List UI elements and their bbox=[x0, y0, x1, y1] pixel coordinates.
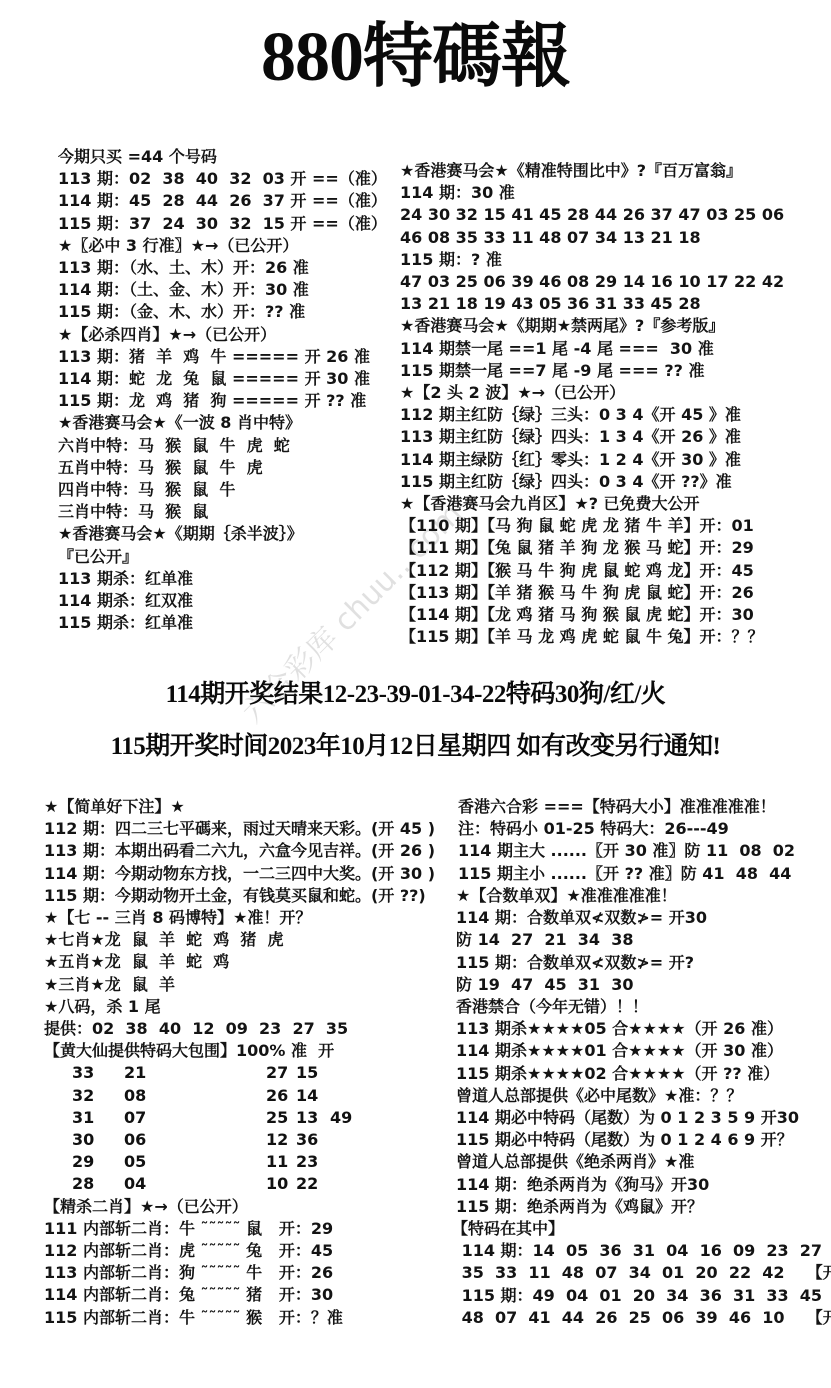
left-line: 114 期：蛇 龙 兔 鼠 ===== 开 30 准 bbox=[58, 368, 408, 390]
left-line: 五肖中特：马 猴 鼠 牛 虎 bbox=[58, 457, 408, 479]
page-title: 880特碼報 bbox=[0, 18, 831, 98]
right-line: 13 21 18 19 43 05 36 31 33 45 28 bbox=[400, 293, 830, 315]
right-bottom-line: 114 期：合数单双≮双数≯= 开30 bbox=[456, 907, 831, 929]
left-bottom-line: 113 期：本期出码看二六九，六盒今见吉祥。(开 26 ) bbox=[44, 840, 464, 862]
grid-cell: 32 bbox=[72, 1085, 124, 1107]
right-line: 114 期：30 准 bbox=[400, 182, 830, 204]
grid-cell: 28 bbox=[72, 1173, 124, 1195]
left-line: 六肖中特：马 猴 鼠 牛 虎 蛇 bbox=[58, 435, 408, 457]
right-line: ★香港赛马会★《期期★禁两尾》?『参考版』 bbox=[400, 315, 830, 337]
number-grid: 33 21 27 15 32 08 26 14 31 07 25 13 49 3… bbox=[44, 1062, 464, 1195]
right-line: 115 期：? 准 bbox=[400, 249, 830, 271]
right-line: ★【香港赛马会九肖区】★? 已免费大公开 bbox=[400, 493, 830, 515]
grid-cell: 14 bbox=[296, 1085, 330, 1107]
right-line: 115 期禁一尾 ==7 尾 -9 尾 === ?? 准 bbox=[400, 360, 830, 382]
left-bottom-line: 112 期：四二三七平碼来，雨过天晴来天彩。(开 45 ) bbox=[44, 818, 464, 840]
right-bottom-line: 113 期杀★★★★05 合★★★★（开 26 准） bbox=[456, 1018, 831, 1040]
left-line: ★香港赛马会★《一波 8 肖中特》 bbox=[58, 412, 408, 434]
grid-cell: 23 bbox=[296, 1151, 330, 1173]
left-bottom-line: ★七肖★龙 鼠 羊 蛇 鸡 猪 虎 bbox=[44, 929, 464, 951]
left-bottom-line: 114 期：今期动物东方找，一二三四中大奖。(开 30 ) bbox=[44, 863, 464, 885]
right-line: 【111 期】【兔 鼠 猪 羊 狗 龙 猴 马 蛇】开：29 bbox=[400, 537, 830, 559]
right-line: 113 期主红防｛绿｝四头：1 3 4《开 26 》准 bbox=[400, 426, 830, 448]
draw-result-headline: 114期开奖结果12-23-39-01-34-22特码30狗/红/火 bbox=[0, 678, 831, 712]
grid-row: 28 04 10 22 bbox=[72, 1173, 464, 1195]
left-bottom-line: 【黄大仙提供特码大包围】100% 准 开 bbox=[44, 1040, 464, 1062]
grid-cell: 07 bbox=[124, 1107, 266, 1129]
right-bottom-column-a: 香港六合彩 ===【特码大小】准准准准准！ 注：特码小 01-25 特码大：26… bbox=[458, 796, 831, 885]
left-line: 115 期：37 24 30 32 15 开 ==（准） bbox=[58, 213, 408, 235]
left-line: 今期只买 =44 个号码 bbox=[58, 146, 408, 168]
right-bottom-line: 防 14 27 21 34 38 bbox=[456, 929, 831, 951]
kill-line: 114 内部斩二肖：兔 ˜˜˜˜˜ 猪 开：30 bbox=[44, 1284, 464, 1306]
right-bottom-line: 115 期：49 04 01 20 34 36 31 33 45 28 bbox=[456, 1285, 831, 1307]
left-top-column: 今期只买 =44 个号码 113 期：02 38 40 32 03 开 ==（准… bbox=[58, 146, 408, 634]
grid-cell: 21 bbox=[124, 1062, 266, 1084]
grid-cell: 29 bbox=[72, 1151, 124, 1173]
grid-cell: 08 bbox=[124, 1085, 266, 1107]
right-bottom-column-b: ★【合数单双】★准准准准准！ 114 期：合数单双≮双数≯= 开30 防 14 … bbox=[456, 885, 831, 1329]
grid-cell: 10 bbox=[266, 1173, 296, 1195]
grid-cell: 25 bbox=[266, 1107, 296, 1129]
left-line: 115 期：（金、木、水）开：?? 准 bbox=[58, 301, 408, 323]
grid-cell: 12 bbox=[266, 1129, 296, 1151]
right-bottom-line: 115 期必中特码（尾数）为 0 1 2 4 6 9 开？ bbox=[456, 1129, 831, 1151]
right-line: 114 期主绿防｛红｝零头：1 2 4《开 30 》准 bbox=[400, 449, 830, 471]
grid-cell: 30 bbox=[72, 1129, 124, 1151]
grid-cell: 04 bbox=[124, 1173, 266, 1195]
right-line: 【112 期】【猴 马 牛 狗 虎 鼠 蛇 鸡 龙】开：45 bbox=[400, 560, 830, 582]
right-bottom-line: 114 期杀★★★★01 合★★★★（开 30 准） bbox=[456, 1040, 831, 1062]
right-bottom-line: 114 期：14 05 36 31 04 16 09 23 27 02 bbox=[456, 1240, 831, 1262]
right-bottom-line: 曾道人总部提供《绝杀两肖》★准 bbox=[456, 1151, 831, 1173]
right-line: 【113 期】【羊 猪 猴 马 牛 狗 虎 鼠 蛇】开：26 bbox=[400, 582, 830, 604]
kill-line: 111 内部斩二肖：牛 ˜˜˜˜˜ 鼠 开：29 bbox=[44, 1218, 464, 1240]
left-bottom-line: ★三肖★龙 鼠 羊 bbox=[44, 974, 464, 996]
kill-line: 【精杀二肖】★→（已公开） bbox=[44, 1196, 464, 1218]
right-top-column: ★香港赛马会★《精准特围比中》?『百万富翁』 114 期：30 准 24 30 … bbox=[400, 160, 830, 648]
grid-cell: 31 bbox=[72, 1107, 124, 1129]
left-line: 114 期：（土、金、木）开：30 准 bbox=[58, 279, 408, 301]
right-bottom-line: 35 33 11 48 07 34 01 20 22 42 【开 30 】 bbox=[456, 1262, 831, 1284]
right-line: 46 08 35 33 11 48 07 34 13 21 18 bbox=[400, 227, 830, 249]
kill-line: 115 内部斩二肖：牛 ˜˜˜˜˜ 猴 开：？准 bbox=[44, 1307, 464, 1329]
left-bottom-line: ★八码，杀 1 尾 bbox=[44, 996, 464, 1018]
right-bottom-line: 防 19 47 45 31 30 bbox=[456, 974, 831, 996]
left-bottom-line: 提供：02 38 40 12 09 23 27 35 bbox=[44, 1018, 464, 1040]
left-line: ★香港赛马会★《期期｛杀半波｝》 bbox=[58, 523, 408, 545]
right-line: 115 期主红防｛绿｝四头：0 3 4《开 ??》准 bbox=[400, 471, 830, 493]
left-bottom-line: 115 期：今期动物开土金，有钱莫买鼠和蛇。(开 ??) bbox=[44, 885, 464, 907]
left-line: ★〖必中 3 行准〗★→（已公开） bbox=[58, 235, 408, 257]
grid-row: 32 08 26 14 bbox=[72, 1085, 464, 1107]
left-bottom-line: ★五肖★龙 鼠 羊 蛇 鸡 bbox=[44, 951, 464, 973]
left-line: 113 期：（水、土、木）开：26 准 bbox=[58, 257, 408, 279]
left-line: 114 期：45 28 44 26 37 开 ==（准） bbox=[58, 190, 408, 212]
left-line: 三肖中特：马 猴 鼠 bbox=[58, 501, 408, 523]
right-line: ★【2 头 2 波】★→（已公开） bbox=[400, 382, 830, 404]
kill-line: 113 内部斩二肖：狗 ˜˜˜˜˜ 牛 开：26 bbox=[44, 1262, 464, 1284]
grid-cell: 33 bbox=[72, 1062, 124, 1084]
grid-row: 30 06 12 36 bbox=[72, 1129, 464, 1151]
right-bottom-line: 注：特码小 01-25 特码大：26---49 bbox=[458, 818, 831, 840]
right-bottom-line: 115 期：绝杀两肖为《鸡鼠》开？ bbox=[456, 1196, 831, 1218]
right-bottom-line: 香港禁合（今年无错）！！ bbox=[456, 996, 831, 1018]
right-line: 24 30 32 15 41 45 28 44 26 37 47 03 25 0… bbox=[400, 204, 830, 226]
right-line: ★香港赛马会★《精准特围比中》?『百万富翁』 bbox=[400, 160, 830, 182]
left-line: 四肖中特：马 猴 鼠 牛 bbox=[58, 479, 408, 501]
right-bottom-line: 115 期主小 ......〖开 ?? 准〗防 41 48 44 bbox=[458, 863, 831, 885]
right-line: 47 03 25 06 39 46 08 29 14 16 10 17 22 4… bbox=[400, 271, 830, 293]
right-line: 114 期禁一尾 ==1 尾 -4 尾 === 30 准 bbox=[400, 338, 830, 360]
grid-cell: 49 bbox=[330, 1107, 352, 1129]
kill-line: 112 内部斩二肖：虎 ˜˜˜˜˜ 兔 开：45 bbox=[44, 1240, 464, 1262]
right-bottom-line: 115 期：合数单双≮双数≯= 开? bbox=[456, 952, 831, 974]
grid-cell: 06 bbox=[124, 1129, 266, 1151]
left-line: 113 期：猪 羊 鸡 牛 ===== 开 26 准 bbox=[58, 346, 408, 368]
right-bottom-line: 114 期必中特码（尾数）为 0 1 2 3 5 9 开30 bbox=[456, 1107, 831, 1129]
left-bottom-line: ★【简单好下注】★ bbox=[44, 796, 464, 818]
right-bottom-line: 115 期杀★★★★02 合★★★★（开 ?? 准） bbox=[456, 1063, 831, 1085]
right-line: 112 期主红防｛绿｝三头：0 3 4《开 45 》准 bbox=[400, 404, 830, 426]
right-bottom-line: 114 期主大 ......〖开 30 准〗防 11 08 02 bbox=[458, 840, 831, 862]
grid-cell: 36 bbox=[296, 1129, 330, 1151]
right-line: 【114 期】【龙 鸡 猪 马 狗 猴 鼠 虎 蛇】开：30 bbox=[400, 604, 830, 626]
right-bottom-line: 曾道人总部提供《必中尾数》★准：？？ bbox=[456, 1085, 831, 1107]
right-line: 【115 期】【羊 马 龙 鸡 虎 蛇 鼠 牛 兔】开：？？ bbox=[400, 626, 830, 648]
left-line: ★【必杀四肖】★→（已公开） bbox=[58, 324, 408, 346]
left-line: 114 期杀：红双准 bbox=[58, 590, 408, 612]
grid-row: 29 05 11 23 bbox=[72, 1151, 464, 1173]
left-line: 115 期：龙 鸡 猪 狗 ===== 开 ?? 准 bbox=[58, 390, 408, 412]
right-bottom-line: 香港六合彩 ===【特码大小】准准准准准！ bbox=[458, 796, 831, 818]
right-bottom-line: 【特码在其中】 bbox=[452, 1218, 831, 1240]
right-bottom-line: 114 期：绝杀两肖为《狗马》开30 bbox=[456, 1174, 831, 1196]
right-line: 【110 期】【马 狗 鼠 蛇 虎 龙 猪 牛 羊】开：01 bbox=[400, 515, 830, 537]
grid-cell: 11 bbox=[266, 1151, 296, 1173]
right-bottom-line: ★【合数单双】★准准准准准！ bbox=[456, 885, 831, 907]
left-bottom-column: ★【简单好下注】★ 112 期：四二三七平碼来，雨过天晴来天彩。(开 45 ) … bbox=[44, 796, 464, 1329]
grid-cell: 13 bbox=[296, 1107, 330, 1129]
grid-cell: 05 bbox=[124, 1151, 266, 1173]
grid-cell: 22 bbox=[296, 1173, 330, 1195]
left-line: 113 期：02 38 40 32 03 开 ==（准） bbox=[58, 168, 408, 190]
right-bottom-line: 48 07 41 44 26 25 06 39 46 10 【开 ??】 bbox=[456, 1307, 831, 1329]
grid-cell: 26 bbox=[266, 1085, 296, 1107]
left-line: 113 期杀：红单准 bbox=[58, 568, 408, 590]
left-bottom-line: ★【七 -- 三肖 8 码博特】★准！开？ bbox=[44, 907, 464, 929]
grid-cell: 15 bbox=[296, 1062, 330, 1084]
left-line: 『已公开』 bbox=[58, 546, 408, 568]
draw-schedule-headline: 115期开奖时间2023年10月12日星期四 如有改变另行通知! bbox=[0, 730, 831, 764]
grid-row: 33 21 27 15 bbox=[72, 1062, 464, 1084]
left-line: 115 期杀：红单准 bbox=[58, 612, 408, 634]
grid-row: 31 07 25 13 49 bbox=[72, 1107, 464, 1129]
grid-cell: 27 bbox=[266, 1062, 296, 1084]
